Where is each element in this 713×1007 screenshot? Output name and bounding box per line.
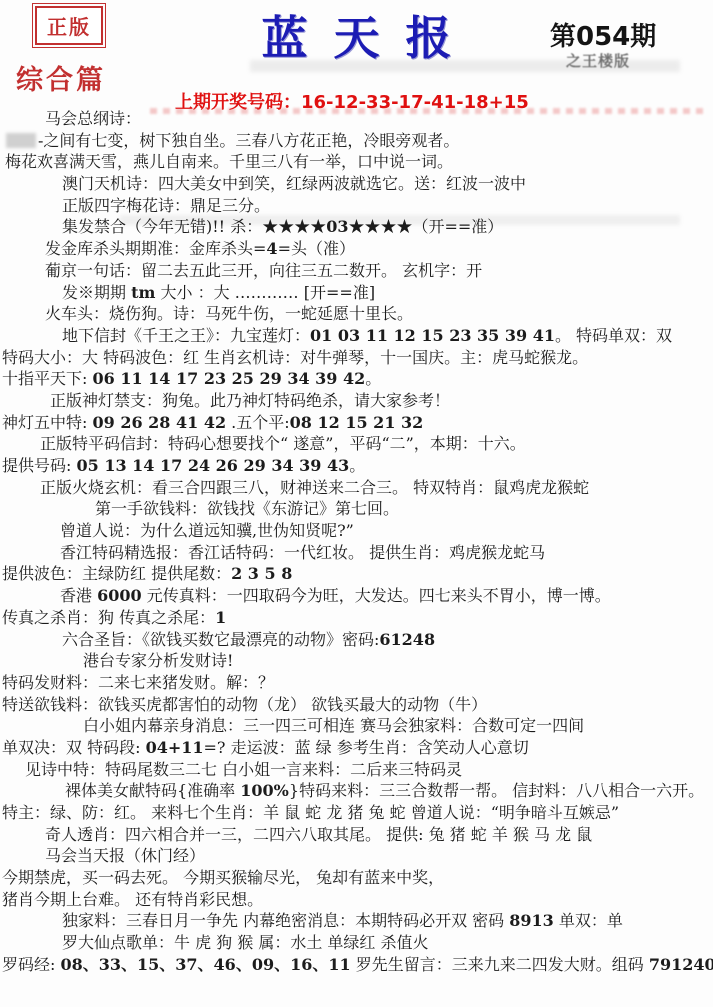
text-line: 葡京一句话：留二去五此三开，向往三五二数开。 玄机字：开 [0, 260, 713, 282]
text-line: 独家料：三春日月一争先 内幕绝密消息：本期特码必开双 密码 8913 单双：单 [0, 910, 713, 932]
body-lines: 马会总纲诗：-之间有七变，树下独自坐。三春八方花正艳，冷眼旁观者。梅花欢喜满天雪… [0, 108, 713, 976]
text-line: 梅花欢喜满天雪，燕儿自南来。千里三八有一举，口中说一词。 [0, 151, 713, 173]
text-line: 发※期期 tm 大小 ：大 ………… [开==准] [0, 282, 713, 304]
text-line: 发金库杀头期期准：金库杀头=4=头（准） [0, 238, 713, 260]
text-line: 曾道人说：为什么道远知骥,世伪知贤呢?” [0, 520, 713, 542]
text-line: 罗大仙点歌单：牛 虎 狗 猴 属：水土 单绿红 杀值火 [0, 932, 713, 954]
text-line: 香江特码精选报：香江话特码：一代红妆。 提供生肖：鸡虎猴龙蛇马 [0, 542, 713, 564]
text-line: -之间有七变，树下独自坐。三春八方花正艳，冷眼旁观者。 [0, 130, 713, 152]
text-line: 正版火烧玄机：看三合四跟三八，财神送来二合三。 特双特肖：鼠鸡虎龙猴蛇 [0, 477, 713, 499]
text-line: 特送欲钱料：欲钱买虎都害怕的动物（龙） 欲钱买最大的动物（牛） [0, 694, 713, 716]
text-line: 港台专家分析发财诗! [0, 650, 713, 672]
issue-subtitle: 之王楼版 [566, 50, 630, 71]
text-line: 提供号码: 05 13 14 17 24 26 29 34 39 43。 [0, 455, 713, 477]
text-line: 马会总纲诗： [0, 108, 713, 130]
text-line: 特码大小：大 特码波色：红 生肖玄机诗：对牛弹琴，十一国庆。主：虎马蛇猴龙。 [0, 347, 713, 369]
text-line: 罗码经: 08、33、15、37、46、09、16、11 罗先生留言：三来九来二… [0, 954, 713, 976]
text-line: 香港 6000 元传真料：一四取码今为旺，大发达。四七来头不胃小，博一博。 [0, 585, 713, 607]
text-line: 正版神灯禁支：狗兔。此乃神灯特码绝杀，请大家参考！ [0, 390, 713, 412]
text-line: 特主：绿、防：红。 来料七个生肖：羊 鼠 蛇 龙 猪 兔 蛇 曾道人说：“明争暗… [0, 802, 713, 824]
text-line: 单双决：双 特码段: 04+11=? 走运波：蓝 绿 参考生肖：含笑动人心意切 [0, 737, 713, 759]
text-line: 十指平天下: 06 11 14 17 23 25 29 34 39 42。 [0, 368, 713, 390]
text-line: 正版特平码信封：特码心想要找个“ 遂意”，平码“二”，本期：十六。 [0, 433, 713, 455]
text-line: 奇人透肖：四六相合并一三，二四六八取其尾。 提供: 兔 猪 蛇 羊 猴 马 龙 … [0, 824, 713, 846]
text-line: 见诗中特：特码尾数三二七 白小姐一言来料：二后来三特码灵 [0, 759, 713, 781]
text-line: 火车头：烧伤狗。诗：马死牛伤，一蛇延愿十里长。 [0, 303, 713, 325]
text-line: 马会当天报（休门经） [0, 845, 713, 867]
text-line: 今期禁虎，买一码去死。 今期买猴输尽光， 兔却有蓝来中奖， [0, 867, 713, 889]
text-line: 猪肖今期上台难。 还有特肖彩民想。 [0, 889, 713, 911]
text-line: 神灯五中特: 09 26 28 41 42 .五个平:08 12 15 21 3… [0, 412, 713, 434]
text-line: 提供波色：主绿防红 提供尾数：2 3 5 8 [0, 563, 713, 585]
newspaper-page: 正版 蓝天报 第054期 之王楼版 综合篇 上期开奖号码：16-12-33-17… [0, 0, 713, 1007]
text-line: 澳门天机诗：四大美女中到笑，红绿两波就选它。送：红波一波中 [0, 173, 713, 195]
section-title: 综合篇 [16, 58, 106, 97]
issue-number: 第054期 [550, 16, 656, 53]
text-line: 白小姐内幕亲身消息：三一四三可相连 赛马会独家料：合数可定一四间 [0, 715, 713, 737]
text-line: 第一手欲钱料：欲钱找《东游记》第七回。 [0, 498, 713, 520]
text-line: 特码发财料：二来七来猪发财。解：？ [0, 672, 713, 694]
text-line: 集发禁合（今年无错)!! 杀：★★★★03★★★★（开==准） [0, 216, 713, 238]
text-line: 正版四字梅花诗：鼎足三分。 [0, 195, 713, 217]
text-line: 六合圣旨：《欲钱买数它最漂亮的动物》密码:61248 [0, 629, 713, 651]
text-line: 地下信封《千王之王》：九宝莲灯：01 03 11 12 15 23 35 39 … [0, 325, 713, 347]
text-line: 传真之杀肖：狗 传真之杀尾：1 [0, 607, 713, 629]
text-line: 裸体美女献特码{准确率 100%}特码来料：三三合数帮一帮。 信封料：八八相合一… [0, 780, 713, 802]
